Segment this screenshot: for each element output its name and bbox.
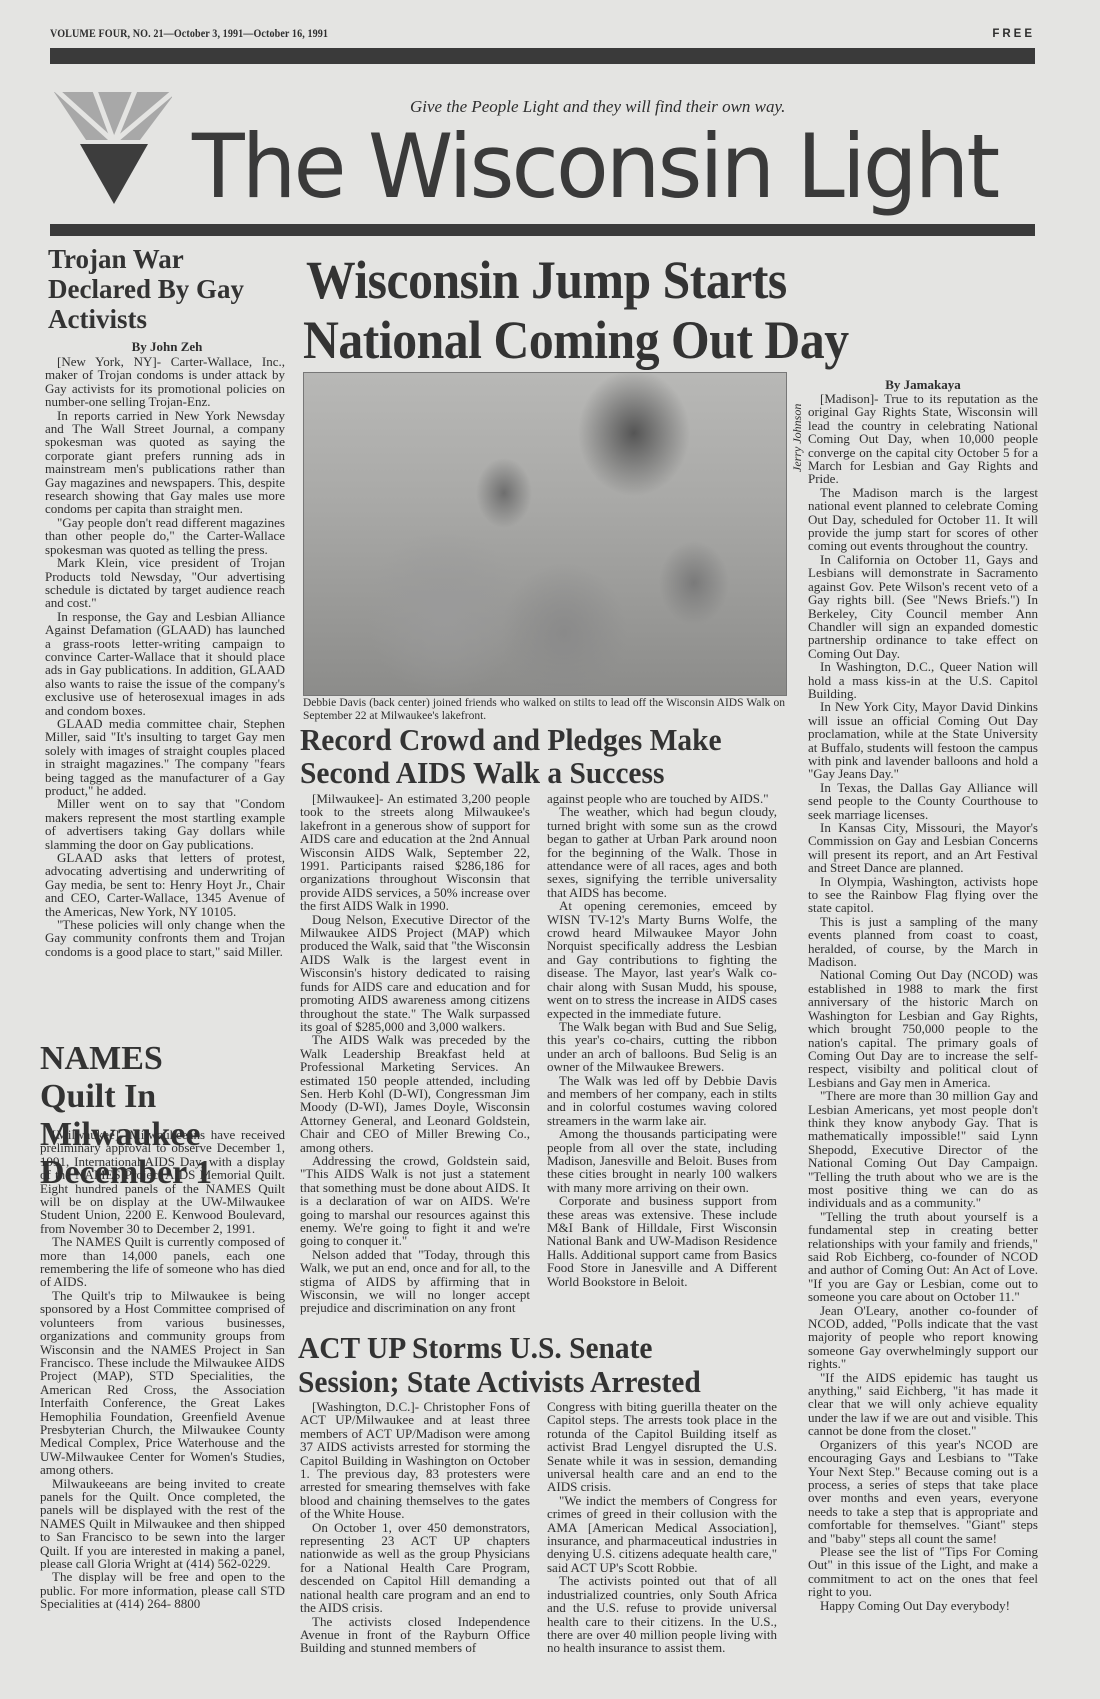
aids-walk-photo: [303, 372, 787, 696]
paragraph: "Telling the truth about yourself is a f…: [808, 1210, 1038, 1304]
paragraph: Addressing the crowd, Goldstein said, "T…: [300, 1154, 530, 1248]
aids-walk-headline-line1: Record Crowd and Pledges Make: [300, 722, 722, 757]
lead-headline-line2: National Coming Out Day: [303, 310, 849, 370]
paragraph: Among the thousands participating were p…: [547, 1127, 777, 1194]
volume-issue-date: VOLUME FOUR, NO. 21—October 3, 1991—Octo…: [50, 28, 328, 40]
paragraph: In Washington, D.C., Queer Nation will h…: [808, 660, 1038, 700]
paragraph: The Quilt's trip to Milwaukee is being s…: [40, 1289, 285, 1477]
lamp-logo-icon: [52, 84, 172, 204]
price-label: FREE: [992, 28, 1035, 40]
tagline: Give the People Light and they will find…: [410, 97, 785, 117]
paragraph: In response, the Gay and Lesbian Allianc…: [45, 610, 285, 717]
act-up-body-col1: [Washington, D.C.]- Christopher Fons of …: [300, 1400, 530, 1655]
paragraph: In Olympia, Washington, activists hope t…: [808, 875, 1038, 915]
paragraph: In New York City, Mayor David Dinkins wi…: [808, 700, 1038, 780]
paragraph: This is just a sampling of the many even…: [808, 915, 1038, 969]
top-rule: [50, 48, 1035, 64]
aids-walk-headline-line2: Second AIDS Walk a Success: [300, 755, 664, 790]
photo-credit: Jerry Johnson: [790, 372, 804, 472]
paragraph: GLAAD asks that letters of protest, advo…: [45, 851, 285, 918]
newspaper-title: The Wisconsin Light: [192, 122, 997, 212]
paragraph: Nelson added that "Today, through this W…: [300, 1248, 530, 1315]
lead-headline-line1: Wisconsin Jump Starts: [306, 250, 787, 310]
paragraph: On October 1, over 450 demonstrators, re…: [300, 1521, 530, 1615]
paragraph: GLAAD media committee chair, Stephen Mil…: [45, 717, 285, 797]
paragraph: Corporate and business support from thes…: [547, 1194, 777, 1288]
act-up-headline-line1: ACT UP Storms U.S. Senate: [298, 1330, 653, 1365]
paragraph: "If the AIDS epidemic has taught us anyt…: [808, 1371, 1038, 1438]
aids-walk-body-col1: [Milwaukee]- An estimated 3,200 people t…: [300, 792, 530, 1315]
paragraph: Congress with biting guerilla theater on…: [547, 1400, 777, 1494]
paragraph: [Milwaukee]- Milwaukeeans have received …: [40, 1128, 285, 1235]
trojan-article-body: [New York, NY]- Carter-Wallace, Inc., ma…: [45, 355, 285, 958]
paragraph: The Madison march is the largest nationa…: [808, 486, 1038, 553]
lead-article-body: [Madison]- True to its reputation as the…: [808, 392, 1038, 1612]
paragraph: The NAMES Quilt is currently composed of…: [40, 1235, 285, 1289]
paragraph: "These policies will only change when th…: [45, 918, 285, 958]
paragraph: The display will be free and open to the…: [40, 1570, 285, 1610]
title-rule: [50, 224, 1035, 236]
paragraph: The activists closed Independence Avenue…: [300, 1615, 530, 1655]
paragraph: At opening ceremonies, emceed by WISN TV…: [547, 899, 777, 1020]
paragraph: Doug Nelson, Executive Director of the M…: [300, 913, 530, 1034]
paragraph: Organizers of this year's NCOD are encou…: [808, 1438, 1038, 1545]
paragraph: Happy Coming Out Day everybody!: [808, 1599, 1038, 1612]
paragraph: against people who are touched by AIDS.": [547, 792, 777, 805]
paragraph: [Milwaukee]- An estimated 3,200 people t…: [300, 792, 530, 913]
paragraph: The activists pointed out that of all in…: [547, 1574, 777, 1654]
paragraph: The Walk was led off by Debbie Davis and…: [547, 1074, 777, 1128]
paragraph: [New York, NY]- Carter-Wallace, Inc., ma…: [45, 355, 285, 409]
paragraph: Miller went on to say that "Condom maker…: [45, 797, 285, 851]
paragraph: National Coming Out Day (NCOD) was estab…: [808, 968, 1038, 1089]
paragraph: "We indict the members of Congress for c…: [547, 1494, 777, 1574]
trojan-headline: Trojan War Declared By Gay Activists: [48, 244, 248, 334]
masthead-info-line: VOLUME FOUR, NO. 21—October 3, 1991—Octo…: [50, 28, 1035, 44]
paragraph: In reports carried in New York Newsday a…: [45, 409, 285, 516]
paragraph: Mark Klein, vice president of Trojan Pro…: [45, 556, 285, 610]
paragraph: The AIDS Walk was preceded by the Walk L…: [300, 1033, 530, 1154]
paragraph: Milwaukeeans are being invited to create…: [40, 1477, 285, 1571]
act-up-body-col2: Congress with biting guerilla theater on…: [547, 1400, 777, 1655]
paragraph: The weather, which had begun cloudy, tur…: [547, 805, 777, 899]
paragraph: [Madison]- True to its reputation as the…: [808, 392, 1038, 486]
trojan-byline: By John Zeh: [48, 339, 286, 355]
paragraph: In Texas, the Dallas Gay Alliance will s…: [808, 781, 1038, 821]
paragraph: The Walk began with Bud and Sue Selig, t…: [547, 1020, 777, 1074]
paragraph: In California on October 11, Gays and Le…: [808, 553, 1038, 660]
paragraph: Jean O'Leary, another co-founder of NCOD…: [808, 1304, 1038, 1371]
paragraph: "Gay people don't read different magazin…: [45, 516, 285, 556]
names-quilt-article-body: [Milwaukee]- Milwaukeeans have received …: [40, 1128, 285, 1611]
act-up-headline-line2: Session; State Activists Arrested: [298, 1364, 701, 1399]
aids-walk-body-col2: against people who are touched by AIDS."…: [547, 792, 777, 1288]
paragraph: [Washington, D.C.]- Christopher Fons of …: [300, 1400, 530, 1521]
paragraph: Please see the list of "Tips For Coming …: [808, 1545, 1038, 1599]
paragraph: "There are more than 30 million Gay and …: [808, 1089, 1038, 1210]
photo-caption: Debbie Davis (back center) joined friend…: [303, 697, 785, 722]
paragraph: In Kansas City, Missouri, the Mayor's Co…: [808, 821, 1038, 875]
